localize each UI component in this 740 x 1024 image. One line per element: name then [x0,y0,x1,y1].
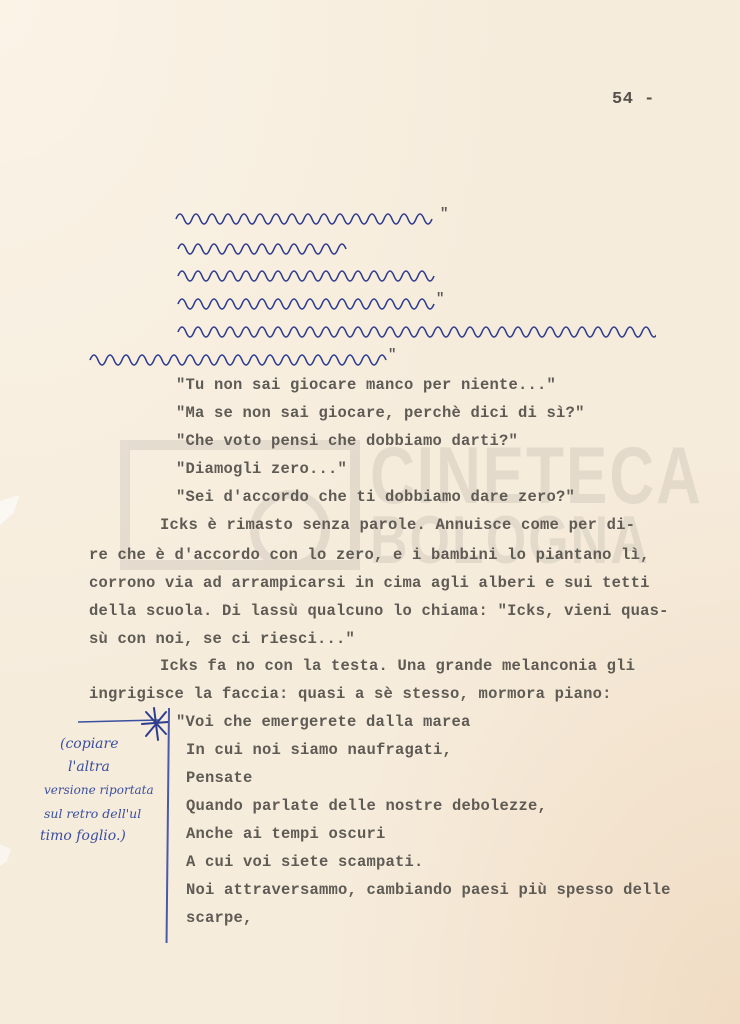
poem-line: Anche ai tempi oscuri [186,824,386,844]
page-number: 54 - [612,90,655,109]
struck-line: " [176,292,446,310]
paragraph-line: ingrigisce la faccia: quasi a sè stesso,… [89,684,612,704]
note-line: sul retro dell'ul [40,802,168,825]
svg-text:": " [440,207,448,222]
dialogue-line: "Diamogli zero..." [176,459,347,479]
struck-line [176,264,436,282]
note-line: (copiare [40,733,168,756]
note-line: versione riportata [40,779,168,802]
paragraph-line: re che è d'accordo con lo zero, e i bamb… [89,545,650,565]
struck-line [176,320,656,338]
dialogue-line: "Sei d'accordo che ti dobbiamo dare zero… [176,487,575,507]
poem-line: scarpe, [186,908,253,928]
poem-line: Pensate [186,768,253,788]
struck-line: " [174,207,449,225]
poem-line: "Voi che emergerete dalla marea [176,712,471,732]
dialogue-line: "Che voto pensi che dobbiamo darti?" [176,431,518,451]
poem-line: In cui noi siamo naufragati, [186,740,452,760]
watermark-line2: BOLOGNA [370,502,650,580]
dialogue-line: "Tu non sai giocare manco per niente..." [176,375,556,395]
handwritten-note: (copiare l'altra versione riportata sul … [40,733,168,848]
poem-line: Noi attraversammo, cambiando paesi più s… [186,880,671,900]
document-page: CINETECA BOLOGNA 54 - " " " [0,0,740,1024]
struck-line: " [88,348,398,366]
paragraph-line: corrono via ad arrampicarsi in cima agli… [89,573,650,593]
poem-line: A cui voi siete scampati. [186,852,424,872]
paragraph-line: Icks fa no con la testa. Una grande mela… [160,656,635,676]
poem-line: Quando parlate delle nostre debolezze, [186,796,547,816]
svg-text:": " [388,348,396,363]
note-line: l'altra [40,756,168,779]
note-line: timo foglio.) [40,825,168,848]
dialogue-line: "Ma se non sai giocare, perchè dici di s… [176,403,585,423]
paper-tear [0,842,14,866]
struck-line [176,237,351,255]
paper-tear [0,495,22,525]
paragraph-line: sù con noi, se ci riesci..." [89,629,355,649]
paragraph-line: Icks è rimasto senza parole. Annuisce co… [160,515,635,535]
paragraph-line: della scuola. Di lassù qualcuno lo chiam… [89,601,669,621]
svg-text:": " [436,292,444,307]
